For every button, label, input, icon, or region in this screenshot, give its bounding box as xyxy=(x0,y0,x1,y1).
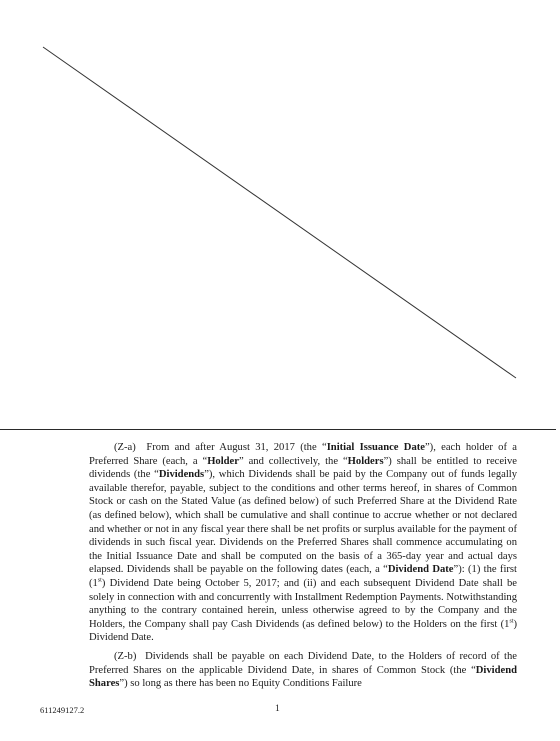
paragraph-z-a: (Z-a) From and after August 31, 2017 (th… xyxy=(89,441,517,645)
defined-term: Dividends xyxy=(159,469,204,480)
paragraph-label: (Z-b) xyxy=(114,651,136,662)
defined-term: Holder xyxy=(207,456,239,467)
paragraph-z-b: (Z-b) Dividends shall be payable on each… xyxy=(89,650,517,691)
document-id: 611249127.2 xyxy=(40,705,84,715)
defined-term: Dividend Date xyxy=(388,564,454,575)
strike-through-line xyxy=(0,0,560,440)
page-number: 1 xyxy=(275,704,280,714)
paragraph-label: (Z-a) xyxy=(114,442,136,453)
defined-term: Holders xyxy=(348,456,384,467)
defined-term: Initial Issuance Date xyxy=(327,442,425,453)
horizontal-rule xyxy=(0,429,556,430)
